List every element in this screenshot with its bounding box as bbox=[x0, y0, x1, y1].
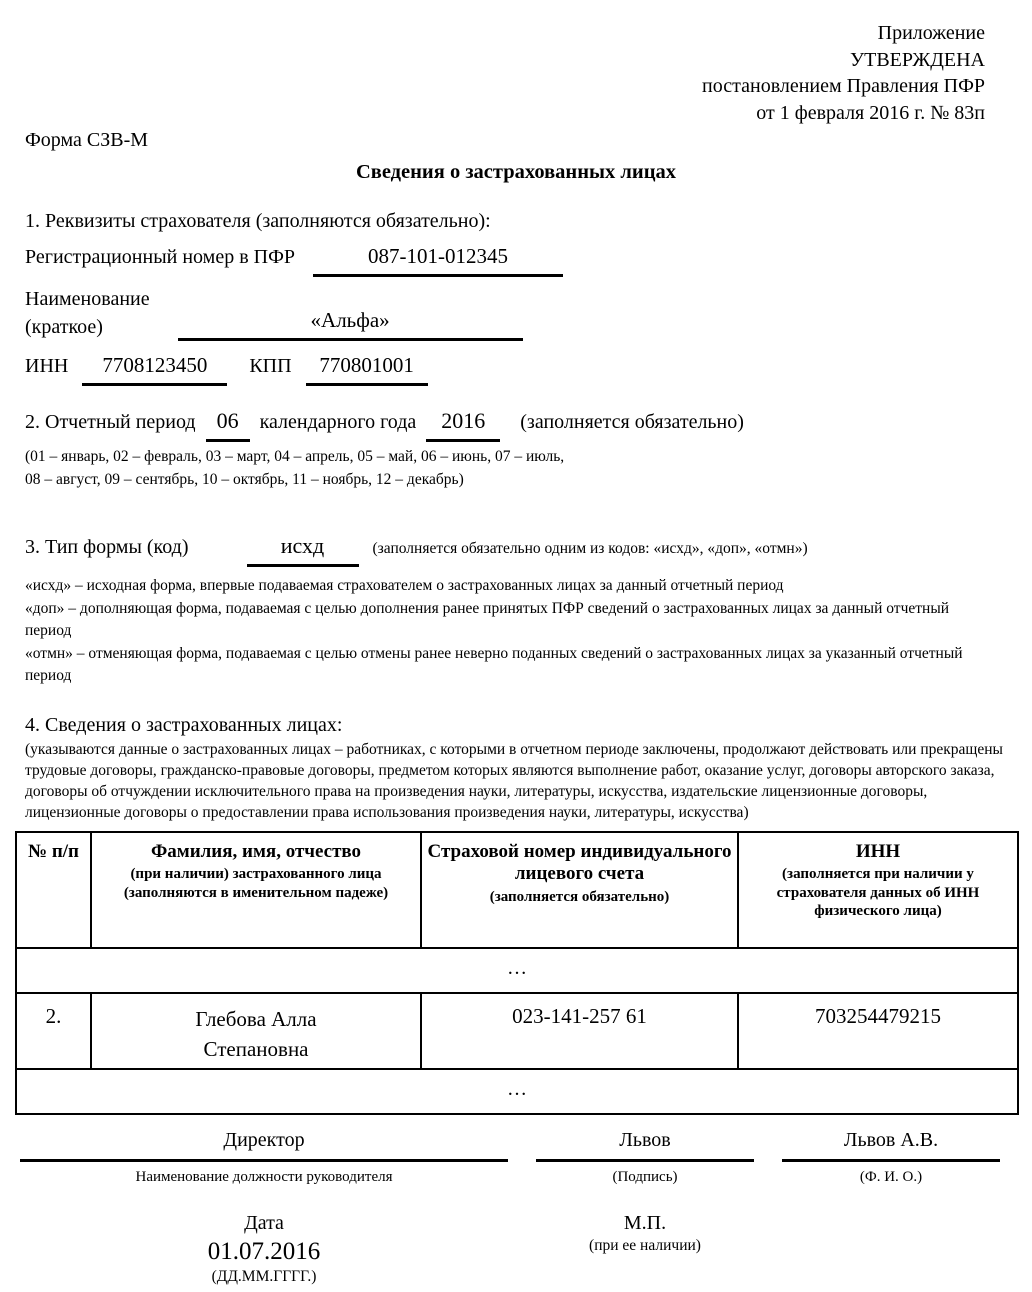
row-snils-cell: 023-141-257 61 bbox=[421, 993, 738, 1069]
date-caption: (ДД.ММ.ГГГГ.) bbox=[20, 1268, 508, 1286]
row-name-cell: Глебова Алла Степановна bbox=[91, 993, 421, 1069]
ellipsis-cell-bottom: … bbox=[16, 1069, 1018, 1114]
header-snils-title: Страховой номер индивидуального лицевого… bbox=[422, 841, 737, 886]
stamp-block: М.П. (при ее наличии) bbox=[536, 1212, 754, 1286]
reg-number-field: 087-101-012345 bbox=[313, 244, 563, 277]
signature-block: Львов (Подпись) bbox=[536, 1129, 754, 1186]
header-fio-subtitle: (при наличии) застрахованного лица (запо… bbox=[92, 865, 420, 902]
approval-block: Приложение УТВЕРЖДЕНА постановлением Пра… bbox=[0, 0, 1032, 126]
section4-note: (указываются данные о застрахованных лиц… bbox=[25, 739, 1015, 823]
date-block: Дата 01.07.2016 (ДД.ММ.ГГГГ.) bbox=[20, 1212, 508, 1286]
section4-heading: 4. Сведения о застрахованных лицах: bbox=[25, 714, 1032, 737]
stamp-caption: (при ее наличии) bbox=[536, 1237, 754, 1255]
kpp-field: 770801001 bbox=[306, 353, 428, 386]
header-fio-title: Фамилия, имя, отчество bbox=[92, 841, 420, 863]
reg-number-label: Регистрационный номер в ПФР bbox=[25, 246, 295, 269]
signature-row: Директор Наименование должности руководи… bbox=[0, 1129, 1032, 1186]
section1-heading: 1. Реквизиты страхователя (заполняются о… bbox=[25, 210, 1032, 233]
fio-block: Львов А.В. (Ф. И. О.) bbox=[782, 1129, 1000, 1186]
header-cell-snils: Страховой номер индивидуального лицевого… bbox=[421, 832, 738, 948]
fio-value: Львов А.В. bbox=[782, 1129, 1000, 1162]
desc-iskhd: «исхд» – исходная форма, впервые подавае… bbox=[25, 575, 987, 597]
short-name-label-line1: Наименование bbox=[25, 288, 150, 310]
szv-m-form-page: Приложение УТВЕРЖДЕНА постановлением Пра… bbox=[0, 0, 1032, 1292]
row-num-cell: 2. bbox=[16, 993, 91, 1069]
section3-heading: 3. Тип формы (код) bbox=[25, 536, 189, 559]
header-inn-subtitle: (заполняется при наличии у страхователя … bbox=[739, 865, 1017, 920]
months-note-line2: 08 – август, 09 – сентябрь, 10 – октябрь… bbox=[25, 469, 965, 491]
signature-value: Львов bbox=[536, 1129, 754, 1162]
row-inn-cell: 703254479215 bbox=[738, 993, 1018, 1069]
header-cell-num: № п/п bbox=[16, 832, 91, 948]
form-name: Форма СЗВ-М bbox=[25, 129, 1032, 152]
desc-otmn: «отмн» – отменяющая форма, подаваемая с … bbox=[25, 643, 987, 688]
months-note: (01 – январь, 02 – февраль, 03 – март, 0… bbox=[25, 446, 965, 491]
short-name-label: Наименование(краткое) bbox=[25, 285, 150, 341]
position-block: Директор Наименование должности руководи… bbox=[20, 1129, 508, 1186]
insured-person-row: 2. Глебова Алла Степановна 023-141-257 6… bbox=[16, 993, 1018, 1069]
short-name-label-line2: (краткое) bbox=[25, 316, 103, 338]
reporting-period-field: 06 bbox=[206, 408, 250, 442]
reg-number-row: Регистрационный номер в ПФР 087-101-0123… bbox=[25, 244, 1032, 277]
ellipsis-row-bottom: … bbox=[16, 1069, 1018, 1114]
document-title: Сведения о застрахованных лицах bbox=[0, 161, 1032, 184]
section2-suffix: (заполняется обязательно) bbox=[520, 411, 744, 434]
signature-caption: (Подпись) bbox=[536, 1162, 754, 1186]
stamp-label: М.П. bbox=[536, 1212, 754, 1235]
kpp-label: КПП bbox=[249, 355, 291, 378]
approval-line-3: постановлением Правления ПФР bbox=[0, 73, 985, 100]
position-value: Директор bbox=[20, 1129, 508, 1162]
section2-middle-text: календарного года bbox=[260, 411, 417, 434]
short-name-field: «Альфа» bbox=[178, 308, 523, 341]
section2-heading: 2. Отчетный период bbox=[25, 411, 196, 434]
date-value: 01.07.2016 bbox=[20, 1238, 508, 1266]
header-cell-inn: ИНН (заполняется при наличии у страховат… bbox=[738, 832, 1018, 948]
ellipsis-row-top: … bbox=[16, 948, 1018, 993]
ellipsis-cell-top: … bbox=[16, 948, 1018, 993]
insured-persons-table: № п/п Фамилия, имя, отчество (при наличи… bbox=[15, 831, 1019, 1115]
approval-line-1: Приложение bbox=[0, 20, 985, 47]
approval-line-2: УТВЕРЖДЕНА bbox=[0, 47, 985, 74]
date-label: Дата bbox=[20, 1212, 508, 1235]
calendar-year-field: 2016 bbox=[426, 408, 500, 442]
header-inn-title: ИНН bbox=[739, 841, 1017, 863]
inn-kpp-row: ИНН 7708123450 КПП 770801001 bbox=[25, 353, 1032, 386]
form-type-field: исхд bbox=[247, 533, 359, 567]
section2-heading-row: 2. Отчетный период 06 календарного года … bbox=[25, 408, 1032, 442]
date-stamp-row: Дата 01.07.2016 (ДД.ММ.ГГГГ.) М.П. (при … bbox=[0, 1212, 1032, 1286]
form-type-hint: (заполняется обязательно одним из кодов:… bbox=[373, 540, 808, 558]
approval-line-4: от 1 февраля 2016 г. № 83п bbox=[0, 100, 985, 127]
table-header-row: № п/п Фамилия, имя, отчество (при наличи… bbox=[16, 832, 1018, 948]
inn-field: 7708123450 bbox=[82, 353, 227, 386]
row-name-value: Глебова Алла Степановна bbox=[181, 1004, 331, 1065]
months-note-line1: (01 – январь, 02 – февраль, 03 – март, 0… bbox=[25, 446, 965, 468]
inn-label: ИНН bbox=[25, 355, 68, 378]
header-snils-subtitle: (заполняется обязательно) bbox=[422, 888, 737, 906]
short-name-row: Наименование(краткое) «Альфа» bbox=[25, 285, 1032, 341]
position-caption: Наименование должности руководителя bbox=[20, 1162, 508, 1186]
desc-dop: «доп» – дополняющая форма, подаваемая с … bbox=[25, 598, 987, 643]
section3-heading-row: 3. Тип формы (код) исхд (заполняется обя… bbox=[25, 533, 1032, 567]
form-type-descriptions: «исхд» – исходная форма, впервые подавае… bbox=[25, 575, 987, 687]
fio-caption: (Ф. И. О.) bbox=[782, 1162, 1000, 1186]
header-cell-fio: Фамилия, имя, отчество (при наличии) зас… bbox=[91, 832, 421, 948]
header-num-title: № п/п bbox=[17, 841, 90, 863]
